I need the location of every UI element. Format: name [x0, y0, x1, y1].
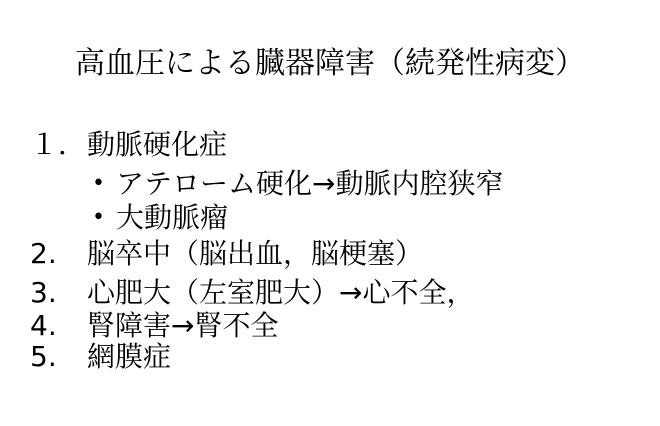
list-text: 網膜症 — [87, 340, 171, 374]
list-number: 3. — [30, 276, 85, 310]
list-text: 心肥大（左室肥大）→心不全， — [87, 276, 474, 310]
sub-list-text: 大動脈瘤 — [116, 201, 228, 235]
list-number: 4. — [30, 309, 85, 343]
slide: 高血圧による臓器障害（続発性病変） １． 動脈硬化症 • アテローム硬化→動脈内… — [0, 0, 660, 426]
sub-list-text: アテローム硬化→動脈内腔狭窄 — [116, 167, 503, 201]
list-text: 動脈硬化症 — [87, 128, 227, 162]
slide-title: 高血圧による臓器障害（続発性病変） — [0, 44, 660, 84]
list-text: 腎障害→腎不全 — [87, 309, 278, 343]
list-number: １． — [30, 128, 85, 162]
bullet-icon: • — [92, 201, 105, 235]
list-number: 5. — [30, 340, 85, 374]
bullet-icon: • — [92, 167, 105, 201]
list-text: 脳卒中（脳出血，脳梗塞） — [87, 237, 423, 271]
list-number: 2. — [30, 237, 85, 271]
